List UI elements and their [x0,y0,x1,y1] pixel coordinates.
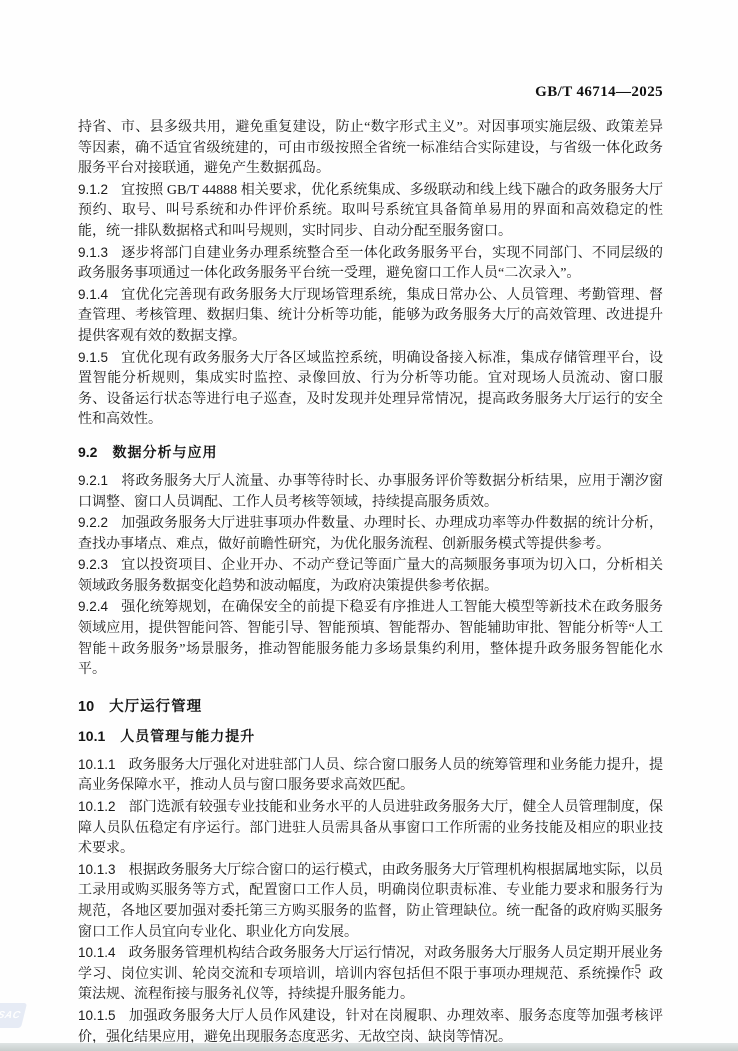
paragraph-text: 政务服务管理机构结合政务服务大厅运行情况，对政务服务大厅服务人员定期开展业务学习… [78,946,663,1002]
page-content: GB/T 46714—2025 持省、市、县多级共用，避免重复建设，防止“数字形… [78,84,663,1048]
clause-number: 9.1.3 [78,245,108,260]
paragraph-text: 宜优化现有政务服务大厅各区域监控系统，明确设备接入标准，集成存储管理平台，设置智… [78,351,663,428]
chapter-title: 大厅运行管理 [109,699,202,715]
continuation-paragraph: 持省、市、县多级共用，避免重复建设，防止“数字形式主义”。对因事项实施层级、政策… [78,118,663,180]
clause-number: 10.1.3 [78,862,116,877]
page-bottom-edge [0,1043,738,1051]
clause-paragraph: 10.1.5加强政务服务大厅人员作风建设，针对在岗履职、办理效率、服务态度等加强… [78,1006,663,1048]
clause-paragraph: 9.2.1将政务服务大厅人流量、办事等待时长、办事服务评价等数据分析结果，应用于… [78,471,663,513]
paragraph-text: 逐步将部门自建业务办理系统整合至一体化政务服务平台，实现不同部门、不同层级的政务… [78,246,663,282]
clause-paragraph: 10.1.4政务服务管理机构结合政务服务大厅运行情况，对政务服务大厅服务人员定期… [78,943,663,1006]
clause-number: 9.1.4 [78,287,108,302]
chapter-heading: 10大厅运行管理 [78,695,663,716]
clause-paragraph: 9.1.2宜按照 GB/T 44888 相关要求，优化系统集成、多级联动和线上线… [78,180,663,243]
standard-number: GB/T 46714—2025 [78,84,663,101]
paragraph-text: 宜以投资项目、企业开办、不动产登记等面广量大的高频服务事项为切入口，分析相关领域… [78,558,663,594]
clause-paragraph: 9.2.3宜以投资项目、企业开办、不动产登记等面广量大的高频服务事项为切入口，分… [78,555,663,597]
clause-number: 10.1.1 [78,757,116,772]
clause-number: 9.2.3 [78,557,108,572]
sac-logo-text: SAC [0,1010,22,1021]
clause-number: 10.1.4 [78,945,116,960]
clause-number: 9.1.2 [78,182,108,197]
paragraph-text: 部门选派有较强专业技能和业务水平的人员进驻政务服务大厅，健全人员管理制度，保障人… [78,800,663,856]
paragraph-text: 持省、市、县多级共用，避免重复建设，防止“数字形式主义”。对因事项实施层级、政策… [78,120,663,176]
paragraph-text: 加强政务服务大厅人员作风建设，针对在岗履职、办理效率、服务态度等加强考核评价，强… [78,1009,663,1045]
clause-paragraph: 9.2.2加强政务服务大厅进驻事项办件数量、办理时长、办理成功率等办件数据的统计… [78,513,663,555]
section-title: 数据分析与应用 [112,444,217,460]
section-heading: 9.2数据分析与应用 [78,442,663,462]
sac-logo-watermark: SAC [0,1003,27,1028]
paragraph-text: 将政务服务大厅人流量、办事等待时长、办事服务评价等数据分析结果，应用于潮汐窗口调… [78,474,663,510]
page-number: 5 [635,961,642,977]
clause-number: 10.1.2 [78,799,116,814]
paragraph-text: 宜按照 GB/T 44888 相关要求，优化系统集成、多级联动和线上线下融合的政… [78,183,663,239]
clause-paragraph: 10.1.3根据政务服务大厅综合窗口的运行模式，由政务服务大厅管理机构根据属地实… [78,860,663,943]
clause-paragraph: 9.1.4宜优化完善现有政务服务大厅现场管理系统，集成日常办公、人员管理、考勤管… [78,285,663,348]
paragraph-text: 强化统筹规划，在确保安全的前提下稳妥有序推进人工智能大模型等新技术在政务服务领域… [78,600,663,677]
section-number: 9.2 [78,444,97,460]
clause-paragraph: 9.1.5宜优化现有政务服务大厅各区域监控系统，明确设备接入标准，集成存储管理平… [78,348,663,431]
clause-number: 9.2.1 [78,473,108,488]
paragraph-text: 宜优化完善现有政务服务大厅现场管理系统，集成日常办公、人员管理、考勤管理、督查管… [78,288,663,344]
paragraph-text: 根据政务服务大厅综合窗口的运行模式，由政务服务大厅管理机构根据属地实际，以员工录… [78,863,663,940]
body-text-block: 持省、市、县多级共用，避免重复建设，防止“数字形式主义”。对因事项实施层级、政策… [78,118,663,1048]
document-page: GB/T 46714—2025 持省、市、县多级共用，避免重复建设，防止“数字形… [0,0,738,1051]
clause-paragraph: 10.1.2部门选派有较强专业技能和业务水平的人员进驻政务服务大厅，健全人员管理… [78,797,663,860]
section-number: 10.1 [78,728,105,744]
clause-paragraph: 9.2.4强化统筹规划，在确保安全的前提下稳妥有序推进人工智能大模型等新技术在政… [78,597,663,680]
clause-number: 10.1.5 [78,1008,116,1023]
section-heading: 10.1人员管理与能力提升 [78,726,663,746]
chapter-number: 10 [78,699,94,715]
clause-paragraph: 9.1.3逐步将部门自建业务办理系统整合至一体化政务服务平台，实现不同部门、不同… [78,243,663,285]
section-title: 人员管理与能力提升 [120,728,255,744]
clause-number: 9.2.4 [78,599,108,614]
paragraph-text: 加强政务服务大厅进驻事项办件数量、办理时长、办理成功率等办件数据的统计分析，查找… [78,516,663,552]
clause-paragraph: 10.1.1政务服务大厅强化对进驻部门人员、综合窗口服务人员的统筹管理和业务能力… [78,755,663,797]
paragraph-text: 政务服务大厅强化对进驻部门人员、综合窗口服务人员的统筹管理和业务能力提升，提高业… [78,758,663,794]
clause-number: 9.2.2 [78,515,108,530]
clause-number: 9.1.5 [78,350,108,365]
